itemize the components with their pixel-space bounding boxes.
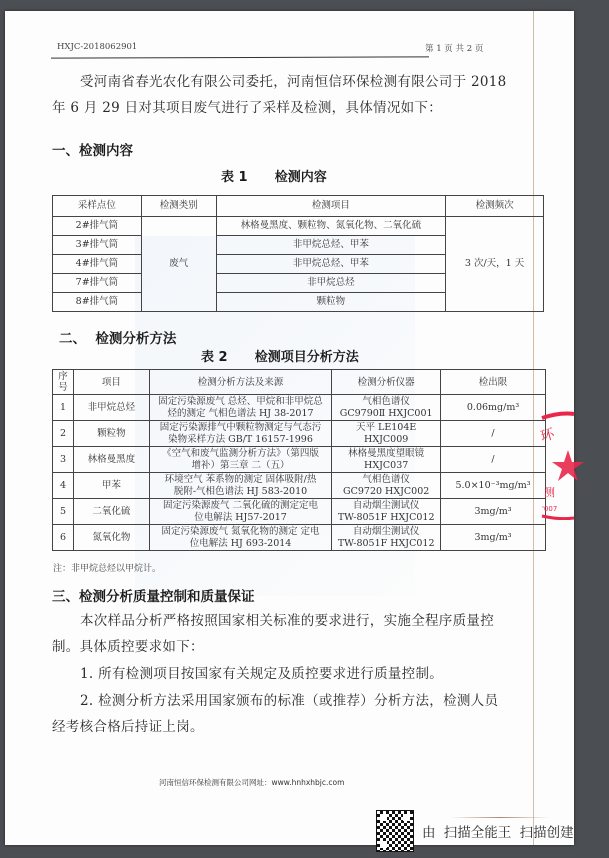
instrument-name: 天平 LE104E xyxy=(334,422,438,434)
row-no: 2 xyxy=(53,421,74,447)
page-indicator: 第 1 页 共 2 页 xyxy=(425,42,483,54)
row-limit: 3mg/m³ xyxy=(441,499,546,525)
detection-items: 非甲烷总烃 xyxy=(216,274,445,293)
row-instrument: 气相色谱仪GC9720 HXJC002 xyxy=(332,473,441,499)
instrument-id: GC9790Ⅱ HXJC001 xyxy=(334,408,438,420)
method-line-1: 固定污染源废气 氮氧化物的测定 定电 xyxy=(152,526,330,538)
footer-company-website: 河南恒信环保检测有限公司网址：www.hnhxhbjc.com xyxy=(159,777,344,788)
row-item: 颗粒物 xyxy=(73,421,149,447)
table-row: 6 氮氧化物 固定污染源废气 氮氧化物的测定 定电位电解法 HJ 693-201… xyxy=(53,525,546,551)
row-instrument: 自动烟尘测试仪TW-8051F HXJC012 xyxy=(332,525,441,551)
table-1-header-row: 采样点位 检测类别 检测项目 检测频次 xyxy=(53,196,544,217)
detection-category: 废气 xyxy=(141,217,216,312)
row-item: 林格曼黑度 xyxy=(73,447,149,473)
detection-frequency: 3 次/天，1 天 xyxy=(446,217,544,312)
row-no: 6 xyxy=(53,525,74,551)
row-limit: 3mg/m³ xyxy=(441,525,546,551)
qc-item-2-line-2: 经考核合格后持证上岗。 xyxy=(52,714,204,740)
row-instrument: 天平 LE104EHXJC009 xyxy=(332,421,441,447)
row-item: 氮氧化物 xyxy=(73,525,149,551)
method-line-2: 染物采样方法 GB/T 16157-1996 xyxy=(152,434,330,446)
row-no: 3 xyxy=(53,447,74,473)
sampling-point: 3#排气筒 xyxy=(53,236,142,255)
col-header-sampling-point: 采样点位 xyxy=(53,196,142,217)
section-2-title: 二、 检测分析方法 xyxy=(59,327,176,347)
table-1-caption: 表 1 检测内容 xyxy=(221,166,327,185)
svg-text:测: 测 xyxy=(544,485,555,499)
camscanner-text: 由 扫描全能王 扫描创建 xyxy=(422,821,574,841)
camscanner-watermark: 由 扫描全能王 扫描创建 xyxy=(376,810,574,852)
row-method: 固定污染源废气 二氧化硫的测定定电位电解法 HJ57-2017 xyxy=(149,499,332,525)
sampling-point: 4#排气筒 xyxy=(53,255,142,274)
col-header-no: 序号 xyxy=(53,370,74,395)
svg-text:环: 环 xyxy=(540,426,557,445)
section-1-title: 一、检测内容 xyxy=(52,139,133,159)
sampling-point: 2#排气筒 xyxy=(53,217,142,236)
intro-line-2: 年 6 月 29 日对其项目废气进行了采样及检测，具体情况如下： xyxy=(52,95,442,121)
row-method: 固定污染源排气中颗粒物测定与气态污染物采样方法 GB/T 16157-1996 xyxy=(149,421,332,447)
method-line-2: 脱附-气相色谱法 HJ 583-2010 xyxy=(152,486,330,498)
instrument-name: 自动烟尘测试仪 xyxy=(334,526,438,538)
method-line-2: 烃的测定 气相色谱法 HJ 38-2017 xyxy=(152,408,330,420)
col-header-frequency: 检测频次 xyxy=(446,196,544,217)
table-row: 2#排气筒 废气 林格曼黑度、颗粒物、氮氧化物、二氧化硫 3 次/天，1 天 xyxy=(53,217,544,236)
row-limit: / xyxy=(441,421,546,447)
detection-items: 颗粒物 xyxy=(216,293,445,312)
qc-para-line-1: 本次样品分析严格按照国家相关标准的要求进行，实施全程序质量控 xyxy=(80,608,494,634)
instrument-id: TW-8051F HXJC012 xyxy=(334,538,438,550)
instrument-id: TW-8051F HXJC012 xyxy=(334,512,438,524)
instrument-id: HXJC037 xyxy=(334,460,438,472)
row-item: 甲苯 xyxy=(73,473,149,499)
method-line-2: 位电解法 HJ57-2017 xyxy=(152,512,330,524)
col-header-instrument: 检测分析仪器 xyxy=(332,370,441,395)
method-line-1: 固定污染源废气 总烃、甲烷和非甲烷总 xyxy=(152,396,330,408)
intro-line-1: 受河南省春光农化有限公司委托，河南恒信环保检测有限公司于 2018 xyxy=(80,69,507,95)
row-method: 环境空气 苯系物的测定 固体吸附/热脱附-气相色谱法 HJ 583-2010 xyxy=(149,473,332,499)
row-method: 固定污染源废气 氮氧化物的测定 定电位电解法 HJ 693-2014 xyxy=(149,525,332,551)
col-header-category: 检测类别 xyxy=(141,196,216,217)
instrument-name: 气相色谱仪 xyxy=(334,396,438,408)
row-item: 非甲烷总烃 xyxy=(73,395,149,421)
table-2-caption: 表 2 检测项目分析方法 xyxy=(201,346,359,365)
row-method: 《空气和废气监测分析方法》（第四版增补）第三章 二（五） xyxy=(149,447,332,473)
document-page: HXJC-2018062901 第 1 页 共 2 页 受河南省春光农化有限公司… xyxy=(5,11,574,845)
row-no: 4 xyxy=(53,473,74,499)
row-no: 1 xyxy=(53,395,74,421)
table-2-analysis-methods: 序号 项目 检测分析方法及来源 检测分析仪器 检出限 1 非甲烷总烃 固定污染源… xyxy=(52,369,546,551)
table-1-detection-content: 采样点位 检测类别 检测项目 检测频次 2#排气筒 废气 林格曼黑度、颗粒物、氮… xyxy=(52,195,544,312)
table-row: 2 颗粒物 固定污染源排气中颗粒物测定与气态污染物采样方法 GB/T 16157… xyxy=(53,421,546,447)
col-header-items: 检测项目 xyxy=(216,196,445,217)
detection-items: 林格曼黑度、颗粒物、氮氧化物、二氧化硫 xyxy=(216,217,445,236)
row-no: 5 xyxy=(53,499,74,525)
method-line-1: 环境空气 苯系物的测定 固体吸附/热 xyxy=(152,474,330,486)
sampling-point: 8#排气筒 xyxy=(53,293,142,312)
col-header-detection-limit: 检出限 xyxy=(441,370,546,395)
row-limit: 5.0×10⁻³mg/m³ xyxy=(441,473,546,499)
qc-item-2-line-1: 2. 检测分析方法采用国家颁布的标准（或推荐）分析方法，检测人员 xyxy=(80,688,498,714)
detection-items: 非甲烷总烃、甲苯 xyxy=(216,236,445,255)
header-divider xyxy=(51,56,429,58)
instrument-id: HXJC009 xyxy=(334,434,438,446)
row-limit: 0.06mg/m³ xyxy=(441,395,546,421)
table-2-header-row: 序号 项目 检测分析方法及来源 检测分析仪器 检出限 xyxy=(53,370,546,395)
qc-item-1: 1. 所有检测项目按国家有关规定及质控要求进行质量控制。 xyxy=(80,661,443,687)
row-method: 固定污染源废气 总烃、甲烷和非甲烷总烃的测定 气相色谱法 HJ 38-2017 xyxy=(149,395,332,421)
instrument-name: 气相色谱仪 xyxy=(334,474,438,486)
method-line-1: 固定污染源废气 二氧化硫的测定定电 xyxy=(152,500,330,512)
row-item: 二氧化硫 xyxy=(73,499,149,525)
col-header-item: 项目 xyxy=(73,370,149,395)
col-header-method: 检测分析方法及来源 xyxy=(149,370,332,395)
instrument-id: GC9720 HXJC002 xyxy=(334,486,438,498)
table-row: 1 非甲烷总烃 固定污染源废气 总烃、甲烷和非甲烷总烃的测定 气相色谱法 HJ … xyxy=(53,395,546,421)
company-seal-icon: 环 测 '007 xyxy=(540,410,609,520)
row-instrument: 林格曼黑度望眼镜HXJC037 xyxy=(332,447,441,473)
instrument-name: 林格曼黑度望眼镜 xyxy=(334,448,438,460)
instrument-name: 自动烟尘测试仪 xyxy=(334,500,438,512)
table-row: 5 二氧化硫 固定污染源废气 二氧化硫的测定定电位电解法 HJ57-2017 自… xyxy=(53,499,546,525)
table-row: 3 林格曼黑度 《空气和废气监测分析方法》（第四版增补）第三章 二（五） 林格曼… xyxy=(53,447,546,473)
table-2-note: 注：非甲烷总烃以甲烷计。 xyxy=(53,561,161,574)
method-line-2: 位电解法 HJ 693-2014 xyxy=(152,538,330,550)
method-line-1: 《空气和废气监测分析方法》（第四版 xyxy=(152,448,330,460)
footer-url-link[interactable]: www.hnhxhbjc.com xyxy=(272,778,345,787)
section-3-title: 三、检测分析质量控制和质量保证 xyxy=(52,585,255,605)
method-line-2: 增补）第三章 二（五） xyxy=(152,460,330,472)
qr-code-icon xyxy=(376,810,414,852)
footer-company-label: 河南恒信环保检测有限公司网址： xyxy=(159,778,272,787)
svg-text:'007: '007 xyxy=(542,505,557,513)
row-limit: / xyxy=(441,447,546,473)
table-row: 4 甲苯 环境空气 苯系物的测定 固体吸附/热脱附-气相色谱法 HJ 583-2… xyxy=(53,473,546,499)
method-line-1: 固定污染源排气中颗粒物测定与气态污 xyxy=(152,422,330,434)
qc-para-line-2: 制。具体质控要求如下： xyxy=(52,634,204,660)
detection-items: 非甲烷总烃、甲苯 xyxy=(216,255,445,274)
row-instrument: 自动烟尘测试仪TW-8051F HXJC012 xyxy=(332,499,441,525)
row-instrument: 气相色谱仪GC9790Ⅱ HXJC001 xyxy=(332,395,441,421)
report-id: HXJC-2018062901 xyxy=(57,42,137,52)
sampling-point: 7#排气筒 xyxy=(53,274,142,293)
